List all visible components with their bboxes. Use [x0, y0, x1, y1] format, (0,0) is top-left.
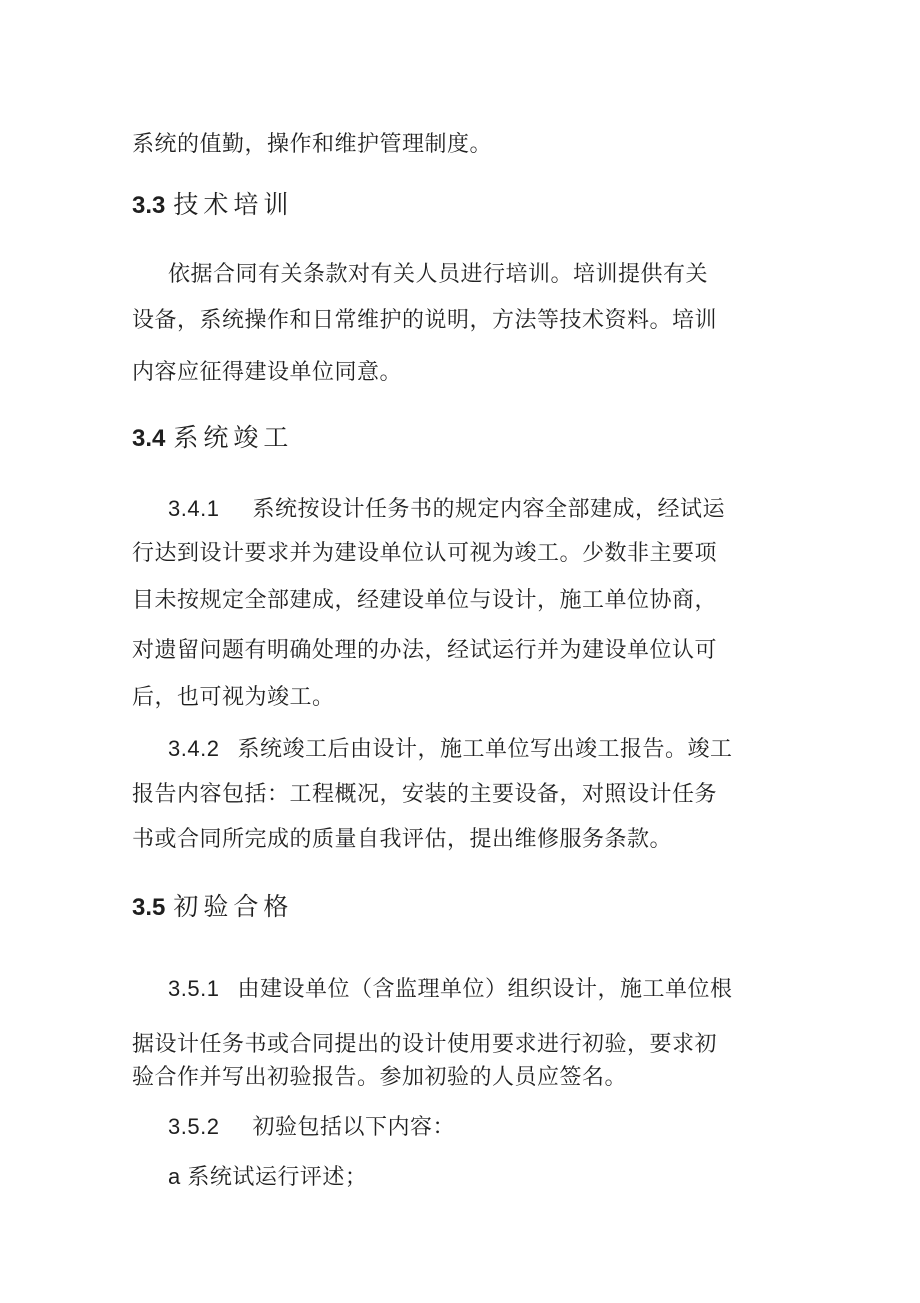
paragraph-line: 对遗留问题有明确处理的办法，经试运行并为建设单位认可	[132, 636, 717, 663]
section-heading-3-3: 3.3技术培训	[132, 192, 293, 219]
paragraph-line: 报告内容包括：工程概况，安装的主要设备，对照设计任务	[132, 780, 717, 807]
section-heading-3-5: 3.5初验合格	[132, 894, 293, 921]
clause-number: 3.4.1	[168, 495, 219, 522]
paragraph-line: 目未按规定全部建成，经建设单位与设计，施工单位协商，	[132, 586, 717, 613]
section-number: 3.3	[132, 192, 165, 219]
section-heading-3-4: 3.4系统竣工	[132, 425, 293, 452]
paragraph-line: 据设计任务书或合同提出的设计使用要求进行初验，要求初	[132, 1030, 717, 1057]
clause-line-3-4-1: 3.4.1系统按设计任务书的规定内容全部建成，经试运	[168, 495, 725, 522]
paragraph-line: 依据合同有关条款对有关人员进行培训。培训提供有关	[168, 260, 708, 287]
section-title: 系统竣工	[173, 424, 293, 452]
clause-line-3-5-1: 3.5.1由建设单位（含监理单位）组织设计，施工单位根	[168, 975, 732, 1002]
section-title: 技术培训	[173, 191, 293, 219]
paragraph-line: 验合作并写出初验报告。参加初验的人员应签名。	[132, 1063, 627, 1090]
section-title: 初验合格	[173, 893, 293, 921]
paragraph-line: 后，也可视为竣工。	[132, 683, 335, 710]
paragraph-line: 书或合同所完成的质量自我评估，提出维修服务条款。	[132, 825, 672, 852]
list-item-line: a 系统试运行评述；	[168, 1163, 367, 1190]
clause-number: 3.5.1	[168, 975, 219, 1002]
clause-line-3-5-2: 3.5.2初验包括以下内容：	[168, 1113, 455, 1140]
clause-text: 系统竣工后由设计，施工单位写出竣工报告。竣工	[237, 736, 732, 761]
document-page: 系统的值勤，操作和维护管理制度。 3.3技术培训 依据合同有关条款对有关人员进行…	[0, 0, 920, 1303]
section-number: 3.4	[132, 425, 165, 452]
paragraph-line: 系统的值勤，操作和维护管理制度。	[132, 130, 492, 157]
clause-number: 3.4.2	[168, 735, 219, 762]
clause-number: 3.5.2	[168, 1113, 219, 1140]
clause-text: 系统按设计任务书的规定内容全部建成，经试运	[252, 496, 725, 521]
clause-text: 初验包括以下内容：	[252, 1114, 455, 1139]
clause-text: 由建设单位（含监理单位）组织设计，施工单位根	[237, 976, 732, 1001]
paragraph-line: 设备，系统操作和日常维护的说明，方法等技术资料。培训	[132, 306, 717, 333]
paragraph-line: 内容应征得建设单位同意。	[132, 358, 402, 385]
section-number: 3.5	[132, 894, 165, 921]
paragraph-line: 行达到设计要求并为建设单位认可视为竣工。少数非主要项	[132, 539, 717, 566]
clause-line-3-4-2: 3.4.2系统竣工后由设计，施工单位写出竣工报告。竣工	[168, 735, 732, 762]
